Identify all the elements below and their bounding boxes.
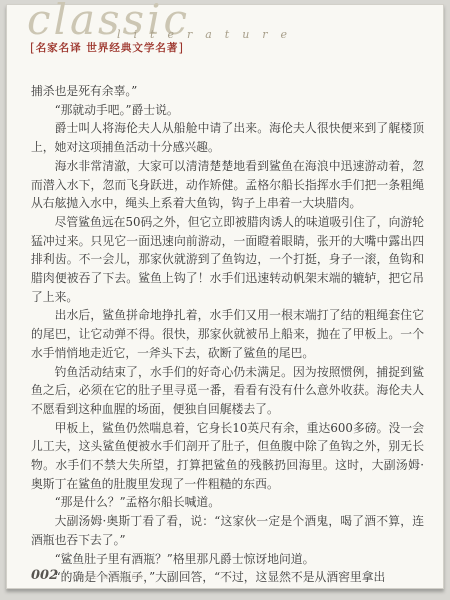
paragraph: 大副汤姆·奥斯丁看了看，说：“这家伙一定是个酒鬼，喝了酒不算，连酒瓶也吞下去了。… xyxy=(31,512,424,549)
paragraph: “那就动手吧。”爵士说。 xyxy=(31,101,424,120)
series-label: [名家名译 世界经典文学名著] xyxy=(30,40,184,55)
body-text: 捕杀也是死有余辜。”“那就动手吧。”爵士说。爵士叫人将海伦夫人从船舱中请了出来。… xyxy=(31,82,424,587)
page-footer: 002PAGE NUMBER xyxy=(31,564,145,583)
paragraph: “那是什么？”孟格尔船长喊道。 xyxy=(31,493,424,512)
paragraph: 甲板上，鲨鱼仍然喘息着，它身长10英尺有余，重达600多磅。没一会儿工夫，这头鲨… xyxy=(31,419,424,494)
paragraph: 捕杀也是死有余辜。” xyxy=(31,82,424,101)
footer-divider xyxy=(64,569,65,581)
series-left-bracket: [ xyxy=(30,41,36,55)
paragraph: 尽管鲨鱼远在50码之外，但它立即被腊肉诱人的味道吸引住了，向游轮猛冲过来。只见它… xyxy=(31,213,424,307)
series-label-text: 名家名译 世界经典文学名著 xyxy=(36,42,179,54)
page-number: 002 xyxy=(31,568,58,583)
page-number-label: PAGE NUMBER xyxy=(73,573,145,581)
paragraph: 钓鱼活动结束了，水手们的好奇心仍未满足。因为按照惯例，捕捉到鲨鱼之后，必须在它的… xyxy=(31,363,424,419)
paragraph: 爵士叫人将海伦夫人从船舱中请了出来。海伦夫人很快便来到了艉楼顶上，她对这项捕鱼活… xyxy=(31,119,424,156)
series-right-bracket: ] xyxy=(178,41,184,55)
paragraph: 海水非常清澈，大家可以清清楚楚地看到鲨鱼在海浪中迅速游动着，忽而潜入水下，忽而飞… xyxy=(31,157,424,213)
book-page: classic literature [名家名译 世界经典文学名著] 捕杀也是死… xyxy=(6,4,444,589)
paragraph: 出水后，鲨鱼拼命地挣扎着，水手们又用一根末端打了结的粗绳套住它的尾巴，让它动弹不… xyxy=(31,306,424,362)
